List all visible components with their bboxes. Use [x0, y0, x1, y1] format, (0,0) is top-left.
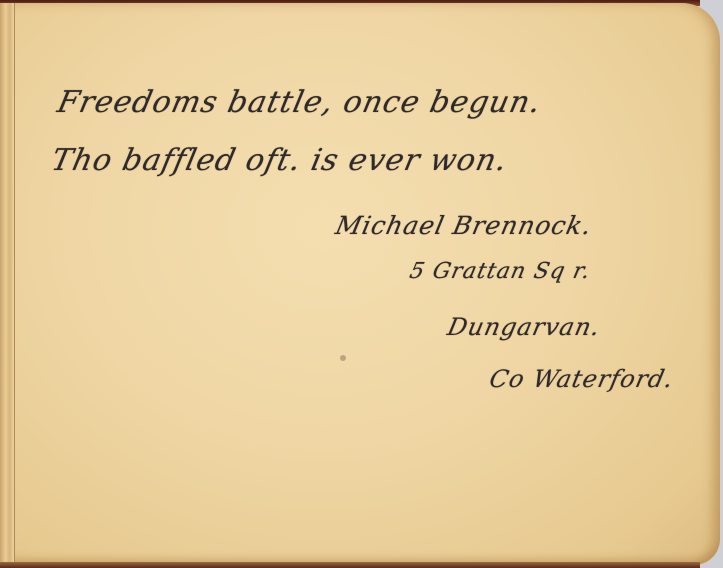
inscription-line-1: Freedoms battle, once begun. [54, 85, 544, 120]
paper-speck [340, 355, 346, 361]
book-bottom-edge [0, 562, 700, 568]
address-county: Co Waterford. [487, 365, 676, 393]
inscription-line-2: Tho baffled oft. is ever won. [48, 143, 511, 178]
album-page: Freedoms battle, once begun. Tho baffled… [0, 3, 720, 565]
address-street: 5 Grattan Sq r. [407, 259, 593, 284]
signature-name: Michael Brennock. [333, 211, 595, 240]
address-town: Dungarvan. [445, 313, 603, 341]
page-binding-edge [0, 3, 15, 565]
